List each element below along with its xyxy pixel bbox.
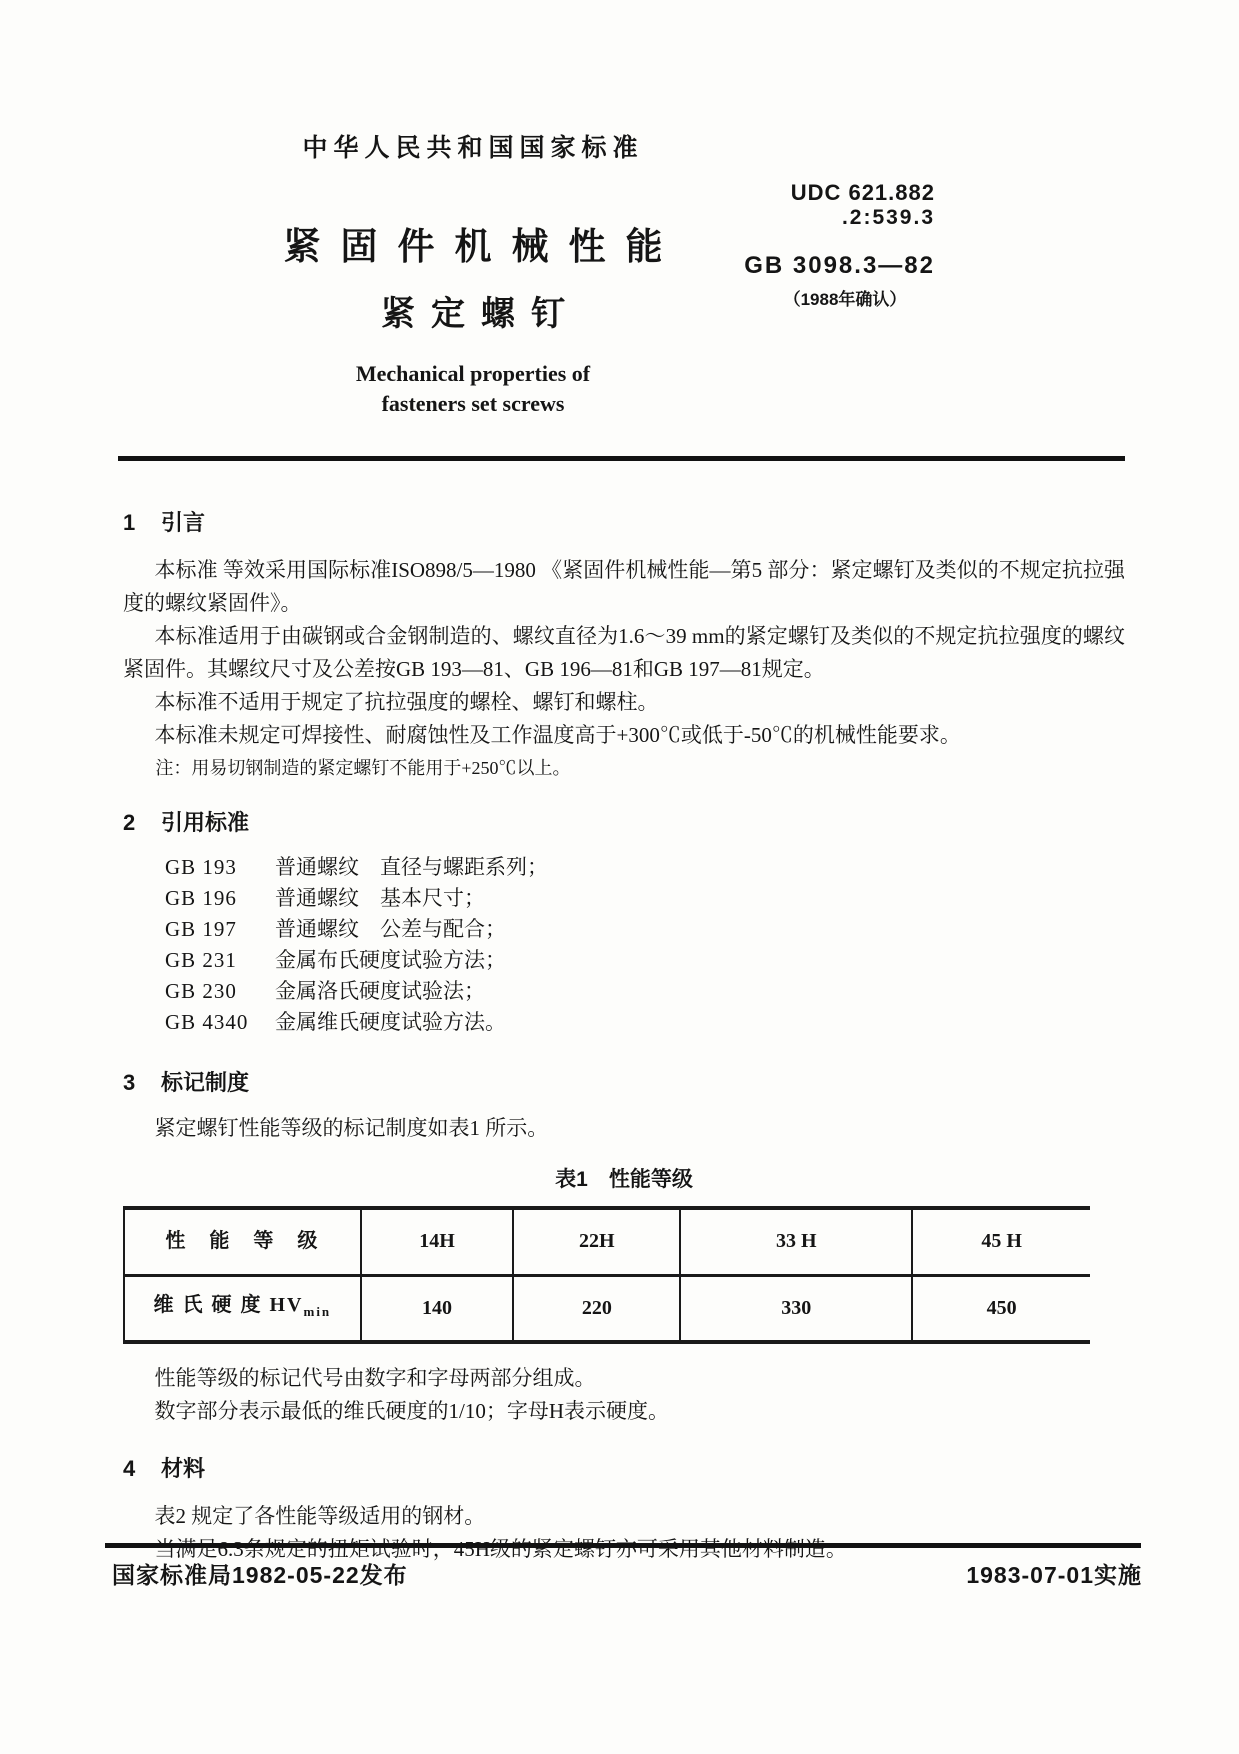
udc-number-line1: UDC 621.882 bbox=[715, 180, 935, 206]
table-row: 性 能 等 级 14H 22H 33 H 45 H bbox=[124, 1208, 1090, 1275]
confirmation-note: （1988年确认） bbox=[715, 285, 935, 310]
paragraph: 紧定螺钉性能等级的标记制度如表1 所示。 bbox=[123, 1112, 1125, 1145]
reference-title: 金属洛氏硬度试验法； bbox=[275, 976, 485, 1007]
hardness-label: 维 氏 硬 度 HV bbox=[153, 1294, 303, 1316]
reference-code: GB 231 bbox=[165, 945, 275, 976]
footnote: 注：用易切钢制造的紧定螺钉不能用于+250℃以上。 bbox=[155, 754, 1125, 782]
reference-title: 金属维氏硬度试验方法。 bbox=[275, 1007, 506, 1038]
paragraph: 本标准未规定可焊接性、耐腐蚀性及工作温度高于+300℃或低于-50℃的机械性能要… bbox=[123, 719, 1125, 752]
footer-issued-date: 国家标准局1982-05-22发布 bbox=[112, 1557, 408, 1590]
table1-grade-cell: 22H bbox=[513, 1208, 680, 1275]
table1-grade-cell: 33 H bbox=[680, 1208, 912, 1275]
section-3-heading: 3标记制度 bbox=[123, 1068, 1125, 1098]
table1-value-cell: 450 bbox=[912, 1275, 1090, 1342]
reference-item: GB 4340 金属维氏硬度试验方法。 bbox=[165, 1007, 1125, 1038]
table1-value-cell: 140 bbox=[361, 1275, 514, 1342]
standard-number: GB 3098.3—82 bbox=[715, 252, 935, 280]
table1-grade-cell: 45 H bbox=[912, 1208, 1090, 1275]
footer-divider bbox=[105, 1543, 1141, 1548]
document-title-en-line1: Mechanical properties of bbox=[123, 361, 823, 387]
reference-item: GB 231 金属布氏硬度试验方法； bbox=[165, 945, 1125, 976]
reference-code: GB 197 bbox=[165, 914, 275, 945]
section-1-number: 1 bbox=[123, 508, 161, 538]
table1-row-header-grade: 性 能 等 级 bbox=[124, 1208, 361, 1275]
section-4-heading: 4材料 bbox=[123, 1454, 1125, 1484]
footer: 国家标准局1982-05-22发布 1983-07-01实施 bbox=[112, 1557, 1142, 1590]
section-1-heading: 1引言 bbox=[123, 508, 1125, 538]
document-title-en-line2: fasteners set screws bbox=[123, 391, 823, 417]
reference-code: GB 193 bbox=[165, 852, 275, 883]
footer-effective-date: 1983-07-01实施 bbox=[966, 1557, 1142, 1590]
reference-title: 普通螺纹 直径与螺距系列； bbox=[275, 852, 548, 883]
paragraph: 表2 规定了各性能等级适用的钢材。 bbox=[123, 1500, 1125, 1533]
header-divider bbox=[118, 456, 1125, 461]
section-1-title: 引言 bbox=[161, 510, 205, 535]
reference-code: GB 4340 bbox=[165, 1007, 275, 1038]
reference-code: GB 196 bbox=[165, 883, 275, 914]
table1-value-cell: 220 bbox=[513, 1275, 680, 1342]
udc-number-line2: .2:539.3 bbox=[715, 206, 935, 230]
national-standard-label: 中华人民共和国国家标准 bbox=[123, 128, 823, 164]
document-body: 1引言 本标准 等效采用国际标准ISO898/5—1980 《紧固件机械性能—第… bbox=[123, 492, 1125, 1566]
paragraph: 数字部分表示最低的维氏硬度的1/10；字母H表示硬度。 bbox=[123, 1395, 1125, 1428]
paragraph: 性能等级的标记代号由数字和字母两部分组成。 bbox=[123, 1362, 1125, 1395]
reference-item: GB 193 普通螺纹 直径与螺距系列； bbox=[165, 852, 1125, 883]
table1-row-header-hardness: 维 氏 硬 度 HVmin bbox=[124, 1275, 361, 1342]
section-4-number: 4 bbox=[123, 1454, 161, 1484]
reference-list: GB 193 普通螺纹 直径与螺距系列； GB 196 普通螺纹 基本尺寸； G… bbox=[165, 852, 1125, 1038]
paragraph: 本标准适用于由碳钢或合金钢制造的、螺纹直径为1.6～39 mm的紧定螺钉及类似的… bbox=[123, 620, 1125, 686]
table1-caption: 表1 性能等级 bbox=[123, 1163, 1125, 1196]
paragraph: 本标准 等效采用国际标准ISO898/5—1980 《紧固件机械性能—第5 部分… bbox=[123, 554, 1125, 620]
section-3-title: 标记制度 bbox=[161, 1070, 249, 1095]
table-row: 维 氏 硬 度 HVmin 140 220 330 450 bbox=[124, 1275, 1090, 1342]
paragraph: 本标准不适用于规定了抗拉强度的螺栓、螺钉和螺柱。 bbox=[123, 686, 1125, 719]
document-page: 中华人民共和国国家标准 紧固件机械性能 紧定螺钉 Mechanical prop… bbox=[0, 0, 1239, 1754]
table1-grade-cell: 14H bbox=[361, 1208, 514, 1275]
section-3-number: 3 bbox=[123, 1068, 161, 1098]
section-2-number: 2 bbox=[123, 808, 161, 838]
table1-performance-grades: 性 能 等 级 14H 22H 33 H 45 H 维 氏 硬 度 HVmin … bbox=[123, 1206, 1090, 1344]
reference-code: GB 230 bbox=[165, 976, 275, 1007]
reference-title: 普通螺纹 基本尺寸； bbox=[275, 883, 485, 914]
hardness-subscript: min bbox=[303, 1304, 331, 1319]
reference-item: GB 196 普通螺纹 基本尺寸； bbox=[165, 883, 1125, 914]
section-4-title: 材料 bbox=[161, 1456, 205, 1481]
reference-title: 普通螺纹 公差与配合； bbox=[275, 914, 506, 945]
table1-value-cell: 330 bbox=[680, 1275, 912, 1342]
reference-item: GB 230 金属洛氏硬度试验法； bbox=[165, 976, 1125, 1007]
section-2-title: 引用标准 bbox=[161, 810, 249, 835]
reference-title: 金属布氏硬度试验方法； bbox=[275, 945, 506, 976]
section-2-heading: 2引用标准 bbox=[123, 808, 1125, 838]
standard-number-block: UDC 621.882 .2:539.3 GB 3098.3—82 （1988年… bbox=[715, 180, 935, 310]
reference-item: GB 197 普通螺纹 公差与配合； bbox=[165, 914, 1125, 945]
